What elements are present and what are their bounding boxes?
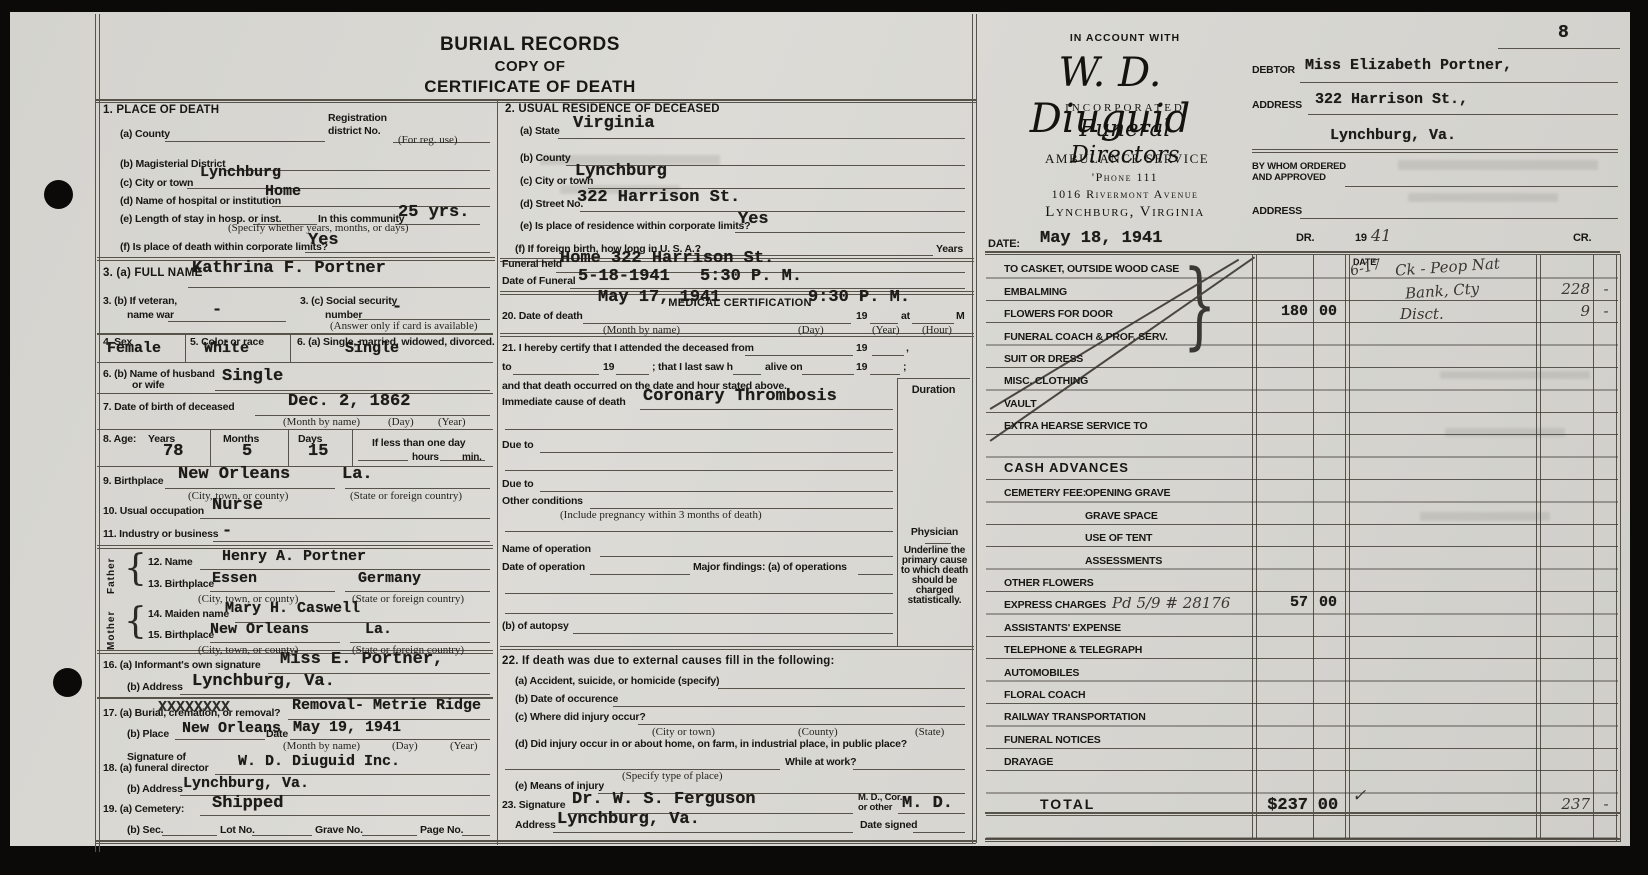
s20-death-date-value: May 17, 1941 — [598, 289, 720, 306]
s17-date-label: Date — [266, 728, 288, 740]
s14-maiden-label: 14. Maiden name — [148, 608, 229, 620]
s20-death-time-value: 9:30 P. M. — [808, 289, 910, 306]
rule-line — [200, 518, 490, 519]
rule-line — [95, 843, 976, 844]
rule-line — [210, 642, 340, 643]
rule-line — [540, 452, 893, 453]
year-handwritten: 41 — [1371, 226, 1391, 245]
s16-address-value: Lynchburg, Va. — [192, 673, 335, 690]
s2-county-label: (b) County — [520, 152, 571, 164]
rule-line — [462, 835, 490, 836]
rule-line — [95, 14, 96, 852]
s21-aliveon: alive on — [765, 361, 803, 373]
s9-state-note: (State or foreign country) — [350, 490, 462, 502]
s7-day-note: (Day) — [388, 416, 414, 428]
s15-birthplace-state: La. — [365, 622, 392, 637]
rule-line — [616, 374, 649, 375]
s8-months-value: 5 — [242, 443, 252, 460]
s3-veteran-label1: 3. (b) If veteran, — [103, 295, 177, 307]
s12-name-value: Henry A. Portner — [222, 549, 366, 564]
rule-line — [613, 706, 965, 707]
account-date-label: DATE: — [988, 238, 1020, 251]
rule-line — [500, 646, 974, 647]
rule-line — [500, 336, 974, 337]
s21-semi: ; — [903, 361, 906, 373]
year-printed-label: 19 — [1355, 232, 1367, 245]
s13-state-note: (State or foreign country) — [352, 593, 464, 605]
rule-line — [985, 251, 1620, 253]
rule-line — [95, 99, 976, 101]
rule-line — [95, 840, 976, 842]
s7-month-note: (Month by name) — [283, 416, 360, 428]
s1-city-label: (c) City or town — [120, 177, 193, 189]
s3-ssn-note: (Answer only if card is available) — [330, 320, 478, 332]
s13-birthplace-label: 13. Birthplace — [148, 578, 214, 590]
in-account-with-label: IN ACCOUNT WITH — [1045, 32, 1205, 44]
s21-autopsy-label: (b) of autopsy — [502, 620, 569, 632]
rule-line — [1300, 218, 1618, 219]
s9-birthplace-label: 9. Birthplace — [103, 475, 163, 487]
rule-line — [180, 694, 490, 695]
s2-corporate-label: (e) Is place of residence within corpora… — [520, 220, 750, 232]
s19-sec-label: (b) Sec. — [127, 824, 163, 836]
rule-line — [1300, 82, 1618, 83]
s22-b-label: (b) Date of occurence — [515, 693, 618, 705]
s22-county-note: (County) — [798, 726, 838, 738]
s21-operation-label: Name of operation — [502, 543, 591, 555]
rule-line — [1308, 114, 1618, 115]
orderer-address-label: ADDRESS — [1252, 205, 1302, 217]
rule-line — [898, 813, 965, 814]
rule-line — [165, 141, 325, 142]
rule-line — [362, 835, 417, 836]
rule-line — [185, 333, 186, 362]
s19-cemetery-value: Shipped — [212, 795, 283, 812]
s21-due2-label: Due to — [502, 478, 533, 490]
rule-line — [168, 321, 286, 322]
s18-sig-label2: 18. (a) funeral director — [103, 762, 208, 774]
rule-line — [210, 429, 211, 466]
rule-line — [573, 633, 893, 634]
s17-date-value: May 19, 1941 — [293, 720, 401, 735]
account-date-value: May 18, 1941 — [1040, 230, 1162, 247]
s8-years-value: 78 — [163, 443, 183, 460]
s2-years-label: Years — [936, 243, 963, 255]
s11-industry-label: 11. Industry or business — [103, 528, 218, 540]
s2-state-value: Virginia — [573, 115, 655, 132]
s1-district-no-label: district No. — [328, 125, 380, 137]
mother-side-label: Mother — [106, 606, 117, 650]
s2-state-label: (a) State — [520, 125, 560, 137]
s22-state-note: (State) — [915, 726, 944, 738]
s19-cemetery-label: 19. (a) Cemetery: — [103, 803, 184, 815]
cr-column-label: CR. — [1573, 232, 1591, 245]
burial-record-scan: BURIAL RECORDS COPY OF CERTIFICATE OF DE… — [0, 0, 1648, 875]
s22-d-label: (d) Did injury occur in or about home, o… — [515, 738, 907, 750]
s11-industry-value: - — [222, 523, 232, 540]
debtor-value: Miss Elizabeth Portner, — [1305, 58, 1512, 73]
rule-line — [972, 14, 973, 843]
rule-line — [210, 591, 335, 592]
rule-line — [1252, 149, 1618, 150]
s20-19-label: 19 — [856, 310, 867, 322]
s2-city-value: Lynchburg — [575, 163, 667, 180]
rule-line — [985, 841, 1620, 842]
father-side-label: Father — [106, 554, 117, 594]
s21-opdate-label: Date of operation — [502, 561, 585, 573]
dr-column-label: DR. — [1296, 232, 1314, 245]
s21-comma: , — [906, 342, 909, 354]
s1-heading: 1. PLACE OF DEATH — [103, 104, 219, 117]
rule-line — [505, 429, 893, 430]
doc-title-line3: CERTIFICATE OF DEATH — [320, 77, 740, 97]
bleedthrough-mark — [1408, 193, 1558, 202]
mother-brace: { — [124, 601, 147, 642]
s21-cause-label: Immediate cause of death — [502, 396, 626, 408]
rule-line — [500, 649, 974, 650]
debtor-label: DEBTOR — [1252, 64, 1295, 76]
s1-county-label: (a) County — [120, 128, 170, 140]
debtor-address-value2: Lynchburg, Va. — [1330, 128, 1456, 143]
punch-hole-bottom — [53, 668, 82, 697]
s10-occupation-value: Nurse — [212, 497, 263, 514]
s17-month-note: (Month by name) — [283, 740, 360, 752]
rule-line — [1620, 254, 1621, 842]
rule-line — [925, 543, 951, 544]
rule-line — [352, 429, 353, 466]
s3-fullname-value: Kathrina F. Portner — [192, 260, 386, 277]
rule-line — [558, 138, 965, 139]
s22-work-label: While at work? — [785, 756, 856, 768]
rule-line — [500, 333, 974, 334]
s22-place-note: (Specify type of place) — [622, 770, 722, 782]
rule-line — [853, 769, 965, 770]
s4-sex-value: Female — [107, 341, 161, 356]
s20-day-note: (Day) — [798, 324, 824, 336]
s19-page-label: Page No. — [420, 824, 463, 836]
rule-line — [345, 591, 490, 592]
rule-line — [175, 739, 265, 740]
rule-line — [976, 14, 977, 843]
s17-day-note: (Day) — [392, 740, 418, 752]
rule-line — [1252, 152, 1618, 153]
s22-c-label: (c) Where did injury occur? — [515, 711, 646, 723]
s19-grave-label: Grave No. — [315, 824, 363, 836]
s21-other-label: Other conditions — [502, 495, 583, 507]
rule-line — [540, 491, 893, 492]
s1-reg-note: (For reg. use) — [398, 134, 458, 146]
s20-hour-note: (Hour) — [922, 324, 952, 336]
rule-line — [870, 374, 900, 375]
s23-datesigned-label: Date signed — [860, 819, 917, 831]
s20-month-note: (Month by name) — [603, 324, 680, 336]
street-address-label: 1016 Rivermont Avenue — [1045, 187, 1205, 202]
rule-line — [358, 460, 408, 461]
rule-line — [985, 254, 1620, 255]
funeral-time-value: 5:30 P. M. — [700, 268, 802, 285]
s23-signature-value: Dr. W. S. Ferguson — [572, 791, 756, 808]
s23-address-label: Address — [515, 819, 556, 831]
s8-lessthanday-label: If less than one day — [372, 437, 465, 449]
physician-label: Physician — [899, 526, 970, 538]
funeral-date-value: 5-18-1941 — [578, 268, 670, 285]
s21-pregnancy-note: (Include pregnancy within 3 months of de… — [560, 509, 762, 521]
s21-19b: 19 — [603, 361, 614, 373]
s21-due1-label: Due to — [502, 439, 533, 451]
incorporated-label: INCORPORATED — [1045, 102, 1205, 114]
s15-birthplace-label: 15. Birthplace — [148, 629, 214, 641]
rule-line — [497, 100, 498, 845]
page-number: 8 — [1558, 24, 1569, 42]
rule-line — [735, 232, 965, 233]
rule-line — [897, 378, 970, 379]
funeral-held-value: Home 322 Harrison St. — [560, 250, 774, 267]
s1-registration-label: Registration — [328, 112, 387, 124]
rule-line — [745, 355, 853, 356]
rule-line — [97, 466, 493, 467]
rule-line — [505, 613, 893, 614]
s2-street-label: (d) Street No. — [520, 198, 583, 210]
rule-line — [350, 642, 490, 643]
s1-hospital-value: Home — [265, 184, 301, 199]
by-whom-ordered-label2: AND APPROVED — [1252, 173, 1326, 184]
s21-findings-label: Major findings: (a) of operations — [693, 561, 847, 573]
s22-heading: 22. If death was due to external causes … — [502, 655, 835, 668]
rule-line — [288, 429, 289, 466]
rule-line — [345, 488, 490, 489]
s18-address-label: (b) Address — [127, 783, 183, 795]
s17-year-note: (Year) — [450, 740, 478, 752]
rule-line — [290, 333, 291, 362]
s23-md-label2: or other — [858, 803, 892, 814]
s13-birthplace-city: Essen — [212, 571, 257, 586]
s21-to-label: to — [502, 361, 512, 373]
s8-days-value: 15 — [308, 443, 328, 460]
account-ledger-gridlines — [986, 256, 1618, 839]
s19-lot-label: Lot No. — [220, 824, 255, 836]
s17-strikeover: XXXXXXXX — [158, 700, 230, 715]
rule-line — [858, 574, 893, 575]
s21-19a: 19 — [856, 342, 867, 354]
s12-name-label: 12. Name — [148, 556, 193, 568]
rule-line — [600, 556, 893, 557]
rule-line — [1345, 186, 1618, 187]
rule-line — [505, 531, 893, 532]
s17-place-label: (b) Place — [127, 728, 169, 740]
rule-line — [872, 355, 904, 356]
rule-line — [505, 470, 893, 471]
phone-label: 'Phone 111 — [1045, 170, 1205, 185]
rule-line — [200, 815, 490, 816]
s3-ssn-label1: 3. (c) Social security — [300, 295, 397, 307]
s18-sig-value: W. D. Diuguid Inc. — [238, 754, 400, 769]
rule-line — [97, 362, 493, 363]
s15-birthplace-city: New Orleans — [210, 622, 309, 637]
s23-signature-label: 23. Signature — [502, 799, 565, 811]
rule-line — [638, 724, 965, 725]
s21-lastsaw: ; that I last saw h — [652, 361, 733, 373]
rule-line — [580, 211, 965, 212]
s21-cause-value: Coronary Thrombosis — [643, 388, 837, 405]
s6a-marital-value: Single — [345, 341, 399, 356]
s3-fullname-label: 3. (a) FULL NAME — [103, 267, 202, 280]
s1-community-value: 25 yrs. — [398, 204, 469, 221]
rule-line — [213, 541, 490, 542]
s7-birthdate-value: Dec. 2, 1862 — [288, 393, 410, 410]
debtor-address-label: ADDRESS — [1252, 99, 1302, 111]
s3-veteran-value: - — [212, 302, 222, 319]
rule-line — [733, 374, 761, 375]
rule-line — [553, 832, 853, 833]
s6b-spouse-label2: or wife — [132, 379, 164, 391]
rule-line — [897, 378, 898, 647]
funeral-date-label: Date of Funeral — [502, 275, 575, 287]
rule-line — [187, 188, 490, 189]
s18-address-value: Lynchburg, Va. — [183, 776, 309, 791]
rule-line — [252, 835, 312, 836]
s9-birthplace-state: La. — [342, 466, 373, 483]
s22-citytown-note: (City or town) — [652, 726, 715, 738]
rule-line — [97, 429, 493, 430]
s21-certify-line1: 21. I hereby certify that I attended the… — [502, 342, 754, 354]
s16-address-label: (b) Address — [127, 681, 183, 693]
s8-age-label: 8. Age: — [103, 433, 136, 445]
s2-street-value: 322 Harrison St. — [577, 189, 740, 206]
s10-occupation-label: 10. Usual occupation — [103, 505, 204, 517]
rule-line — [802, 374, 854, 375]
city-state-label: Lynchburg, Virginia — [1045, 204, 1205, 221]
rule-line — [215, 390, 490, 391]
s1-corporate-label: (f) Is place of death within corporate l… — [120, 241, 328, 253]
s7-birthdate-label: 7. Date of birth of deceased — [103, 401, 235, 413]
s2-corporate-value: Yes — [738, 211, 769, 228]
s6b-spouse-value: Single — [222, 368, 283, 385]
s20-death-date-label: 20. Date of death — [502, 310, 583, 322]
duration-label: Duration — [897, 384, 970, 397]
s20-year-note: (Year) — [872, 324, 900, 336]
rule-line — [97, 545, 493, 546]
rule-line — [165, 488, 335, 489]
s3-ssn-value: - — [392, 299, 402, 316]
rule-line — [1498, 48, 1620, 49]
s8-hours-label: hours — [412, 452, 439, 464]
rule-line — [718, 688, 965, 689]
s8-min-label: min. — [462, 452, 482, 464]
rule-line — [513, 374, 599, 375]
s1-city-value: Lynchburg — [200, 165, 281, 180]
rule-line — [590, 574, 690, 575]
s3-veteran-label2: name war — [127, 309, 174, 321]
rule-line — [188, 287, 490, 288]
s22-a-label: (a) Accident, suicide, or homicide (spec… — [515, 675, 719, 687]
doc-title-line2: COPY OF — [320, 58, 740, 75]
s5-race-value: White — [204, 341, 249, 356]
rule-line — [162, 835, 217, 836]
rule-line — [640, 409, 893, 410]
rule-line — [99, 14, 100, 852]
s1-hospital-label: (d) Name of hospital or institution — [120, 195, 281, 207]
s20-at-label: at — [901, 310, 910, 322]
punch-hole-top — [44, 180, 73, 209]
s9-birthplace-city: New Orleans — [178, 466, 290, 483]
s14-maiden-value: Mary H. Caswell — [225, 601, 360, 616]
s21-19c: 19 — [856, 361, 867, 373]
debtor-address-value1: 322 Harrison St., — [1315, 92, 1468, 107]
doc-title-line1: BURIAL RECORDS — [320, 34, 740, 56]
rule-line — [913, 832, 965, 833]
s1-corporate-value: Yes — [308, 232, 339, 249]
ambulance-service-label: AMBULANCE SERVICE — [1045, 151, 1205, 167]
s17-burial-value: Removal- Metrie Ridge — [292, 698, 481, 713]
rule-line — [505, 593, 893, 594]
s23-address-value: Lynchburg, Va. — [557, 811, 700, 828]
physician-note: Underline the primary cause to which dea… — [899, 546, 970, 606]
bleedthrough-mark — [1398, 160, 1598, 170]
s7-year-note: (Year) — [438, 416, 466, 428]
rule-line — [305, 252, 490, 253]
s13-birthplace-state: Germany — [358, 571, 421, 586]
s23-md-value: M. D. — [902, 795, 953, 812]
s16-informant-label: 16. (a) Informant's own signature — [103, 659, 261, 671]
father-brace: { — [124, 548, 147, 589]
funeral-held-label: Funeral held — [502, 258, 562, 270]
rule-line — [97, 333, 493, 335]
s20-m-label: M — [956, 310, 965, 322]
s16-informant-value: Miss E. Portner, — [280, 651, 443, 668]
